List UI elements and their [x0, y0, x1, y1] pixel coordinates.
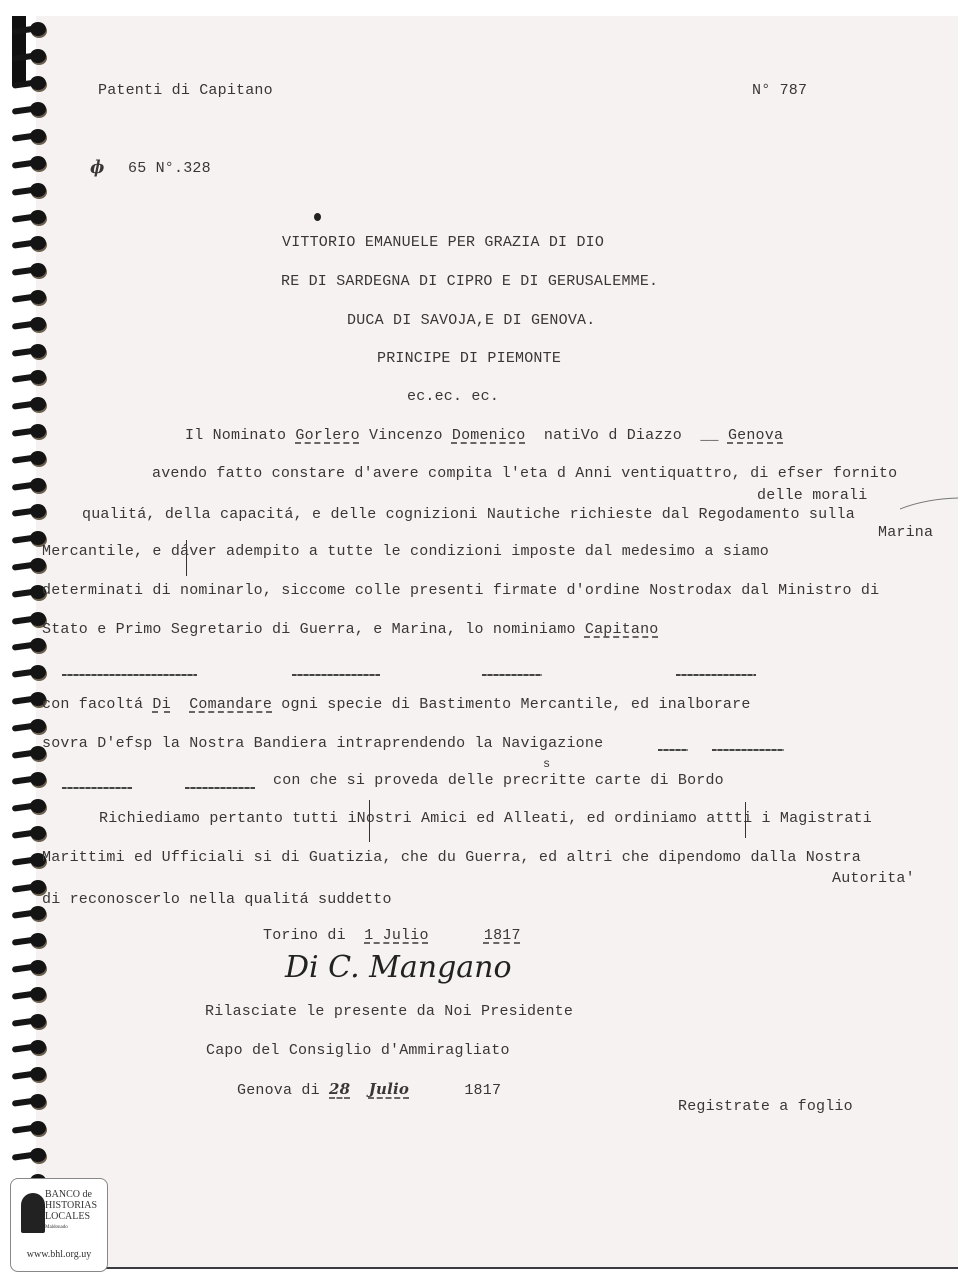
- issue-place-turin: Torino di 1 Julio 1817: [263, 927, 521, 944]
- correction-superscript: s: [543, 757, 550, 771]
- spiral-coil: [12, 853, 46, 867]
- ink-mark: [186, 540, 187, 576]
- ink-mark: [369, 800, 370, 842]
- spiral-coil: [12, 451, 46, 465]
- spiral-coil: [12, 210, 46, 224]
- spiral-coil: [12, 1094, 46, 1108]
- spiral-coil: [12, 1121, 46, 1135]
- body-line-3-insert: Marina: [878, 524, 933, 541]
- spiral-coil: [12, 370, 46, 384]
- title-line-3: DUCA DI SAVOJA,E DI GENOVA.: [347, 312, 595, 329]
- registration-day: 28: [329, 1080, 350, 1098]
- spiral-coil: [12, 585, 46, 599]
- body-line-2: avendo fatto constare d'avere compita l'…: [152, 465, 897, 482]
- logo-url: www.bhl.org.uy: [11, 1249, 107, 1260]
- blank-line: [712, 749, 784, 751]
- reference-number: 65 N°.328: [128, 160, 211, 177]
- spiral-coil: [12, 880, 46, 894]
- spiral-coil: [12, 183, 46, 197]
- nominee-given-name-2: Domenico: [452, 427, 526, 444]
- nominee-surname: Gorlero: [295, 427, 359, 444]
- body-line-9: con che si proveda delle precritte carte…: [273, 772, 724, 789]
- logo-subtitle: Maldonado: [45, 1225, 68, 1230]
- registration-place-genoa: Genova di 28 Julio 1817: [237, 1080, 501, 1099]
- blank-line: [62, 787, 132, 789]
- title-line-1: VITTORIO EMANUELE PER GRAZIA DI DIO: [282, 234, 604, 251]
- blank-line: [62, 674, 197, 676]
- registration-month: Julio: [369, 1080, 409, 1098]
- blank-line: [658, 749, 688, 751]
- faculty-rest: ogni specie di Bastimento Mercantile, ed…: [272, 696, 750, 713]
- spiral-coil: [12, 22, 46, 36]
- spiral-coil: [12, 799, 46, 813]
- appointment-text: Stato e Primo Segretario di Guerra, e Ma…: [42, 621, 585, 638]
- registration-year: 1817: [464, 1082, 501, 1099]
- body-line-10: Richiediamo pertanto tutti iNostri Amici…: [99, 810, 872, 827]
- title-line-4: PRINCIPE DI PIEMONTE: [377, 350, 561, 367]
- nominee-given-name-1: Vincenzo: [369, 427, 443, 444]
- blank-line: [292, 674, 380, 676]
- spiral-coil: [12, 344, 46, 358]
- issue-date: 1 Julio: [364, 927, 428, 944]
- birthplace-text: natiVo d Diazzo: [544, 427, 682, 444]
- blank-line: [185, 787, 255, 789]
- spiral-coil: [12, 263, 46, 277]
- issue-place-label: Torino di: [263, 927, 346, 944]
- body-line-5: determinati di nominarlo, siccome colle …: [42, 582, 879, 599]
- ref-mark: ɸ: [90, 157, 105, 178]
- body-line-11-insert: Autorita': [832, 870, 915, 887]
- spiral-coil: [12, 478, 46, 492]
- spiral-coil: [12, 156, 46, 170]
- spiral-coil: [12, 1040, 46, 1054]
- spiral-coil: [12, 826, 46, 840]
- logo-name: BANCO de HISTORIAS LOCALES: [45, 1189, 97, 1222]
- blank-line: [482, 674, 542, 676]
- faculty-text: con facoltá: [42, 696, 152, 713]
- margin-stroke: [900, 495, 960, 515]
- spiral-coil: [12, 612, 46, 626]
- title-line-2: RE DI SARDEGNA DI CIPRO E DI GERUSALEMME…: [281, 273, 658, 290]
- spiral-coil: [12, 987, 46, 1001]
- body-line-2-insert: delle morali: [757, 487, 867, 504]
- spiral-coil: [12, 129, 46, 143]
- spiral-coil: [12, 1014, 46, 1028]
- ink-mark: [745, 802, 746, 838]
- spiral-coil: [12, 906, 46, 920]
- issue-year: 1817: [484, 927, 521, 944]
- birthplace-city: Genova: [728, 427, 783, 444]
- spiral-coil: [12, 638, 46, 652]
- title-line-5: ec.ec. ec.: [407, 388, 499, 405]
- spiral-coil: [12, 772, 46, 786]
- spiral-coil: [12, 665, 46, 679]
- council-line: Capo del Consiglio d'Ammiragliato: [206, 1042, 510, 1059]
- spiral-coil: [12, 558, 46, 572]
- issued-line: Rilasciate le presente da Noi Presidente: [205, 1003, 573, 1020]
- faculty-command: Comandare: [189, 696, 272, 713]
- ink-dot: [314, 213, 321, 221]
- document-category: Patenti di Capitano: [98, 82, 273, 99]
- body-line-7: con facoltá Di Comandare ogni specie di …: [42, 696, 751, 713]
- registration-place-label: Genova di: [237, 1082, 320, 1099]
- spiral-coil: [12, 317, 46, 331]
- spiral-coil: [12, 49, 46, 63]
- signature: Di C. Mangano: [285, 950, 512, 985]
- nominee-prefix: Il Nominato: [185, 427, 295, 444]
- body-line-4: Mercantile, e dáver adempito a tutte le …: [42, 543, 769, 560]
- spiral-coil: [12, 76, 46, 90]
- registry-line: Registrate a foglio: [678, 1098, 853, 1115]
- bhl-logo: BANCO de HISTORIAS LOCALES Maldonado www…: [10, 1178, 108, 1272]
- spiral-coil: [12, 531, 46, 545]
- body-line-12: di reconoscerlo nella qualitá suddetto: [42, 891, 392, 908]
- body-line-1: Il Nominato Gorlero Vincenzo Domenico na…: [185, 427, 783, 444]
- body-line-3: qualitá, della capacitá, e delle cognizi…: [82, 506, 855, 523]
- logo-name-line: HISTORIAS: [45, 1200, 97, 1211]
- spiral-coil: [12, 397, 46, 411]
- body-line-8: sovra D'efsp la Nostra Bandiera intrapre…: [42, 735, 603, 752]
- body-line-11: Marittimi ed Ufficiali si di Guatizia, c…: [42, 849, 861, 866]
- faculty-di: Di: [152, 696, 170, 713]
- spiral-coil: [12, 102, 46, 116]
- spiral-coil: [12, 1067, 46, 1081]
- spiral-coil: [12, 719, 46, 733]
- rank-title: Capitano: [585, 621, 659, 638]
- spiral-coil: [12, 746, 46, 760]
- spiral-coil: [12, 504, 46, 518]
- body-line-6: Stato e Primo Segretario di Guerra, e Ma…: [42, 621, 659, 638]
- logo-name-line: LOCALES: [45, 1211, 97, 1222]
- spiral-coil: [12, 424, 46, 438]
- spiral-coil: [12, 960, 46, 974]
- spiral-coil: [12, 1148, 46, 1162]
- tree-icon: [21, 1193, 45, 1233]
- spiral-coil: [12, 692, 46, 706]
- spiral-coil: [12, 290, 46, 304]
- blank-line: [676, 674, 756, 676]
- spiral-coil: [12, 236, 46, 250]
- spiral-coil: [12, 933, 46, 947]
- document-number: N° 787: [752, 82, 807, 99]
- logo-name-line: BANCO de: [45, 1189, 97, 1200]
